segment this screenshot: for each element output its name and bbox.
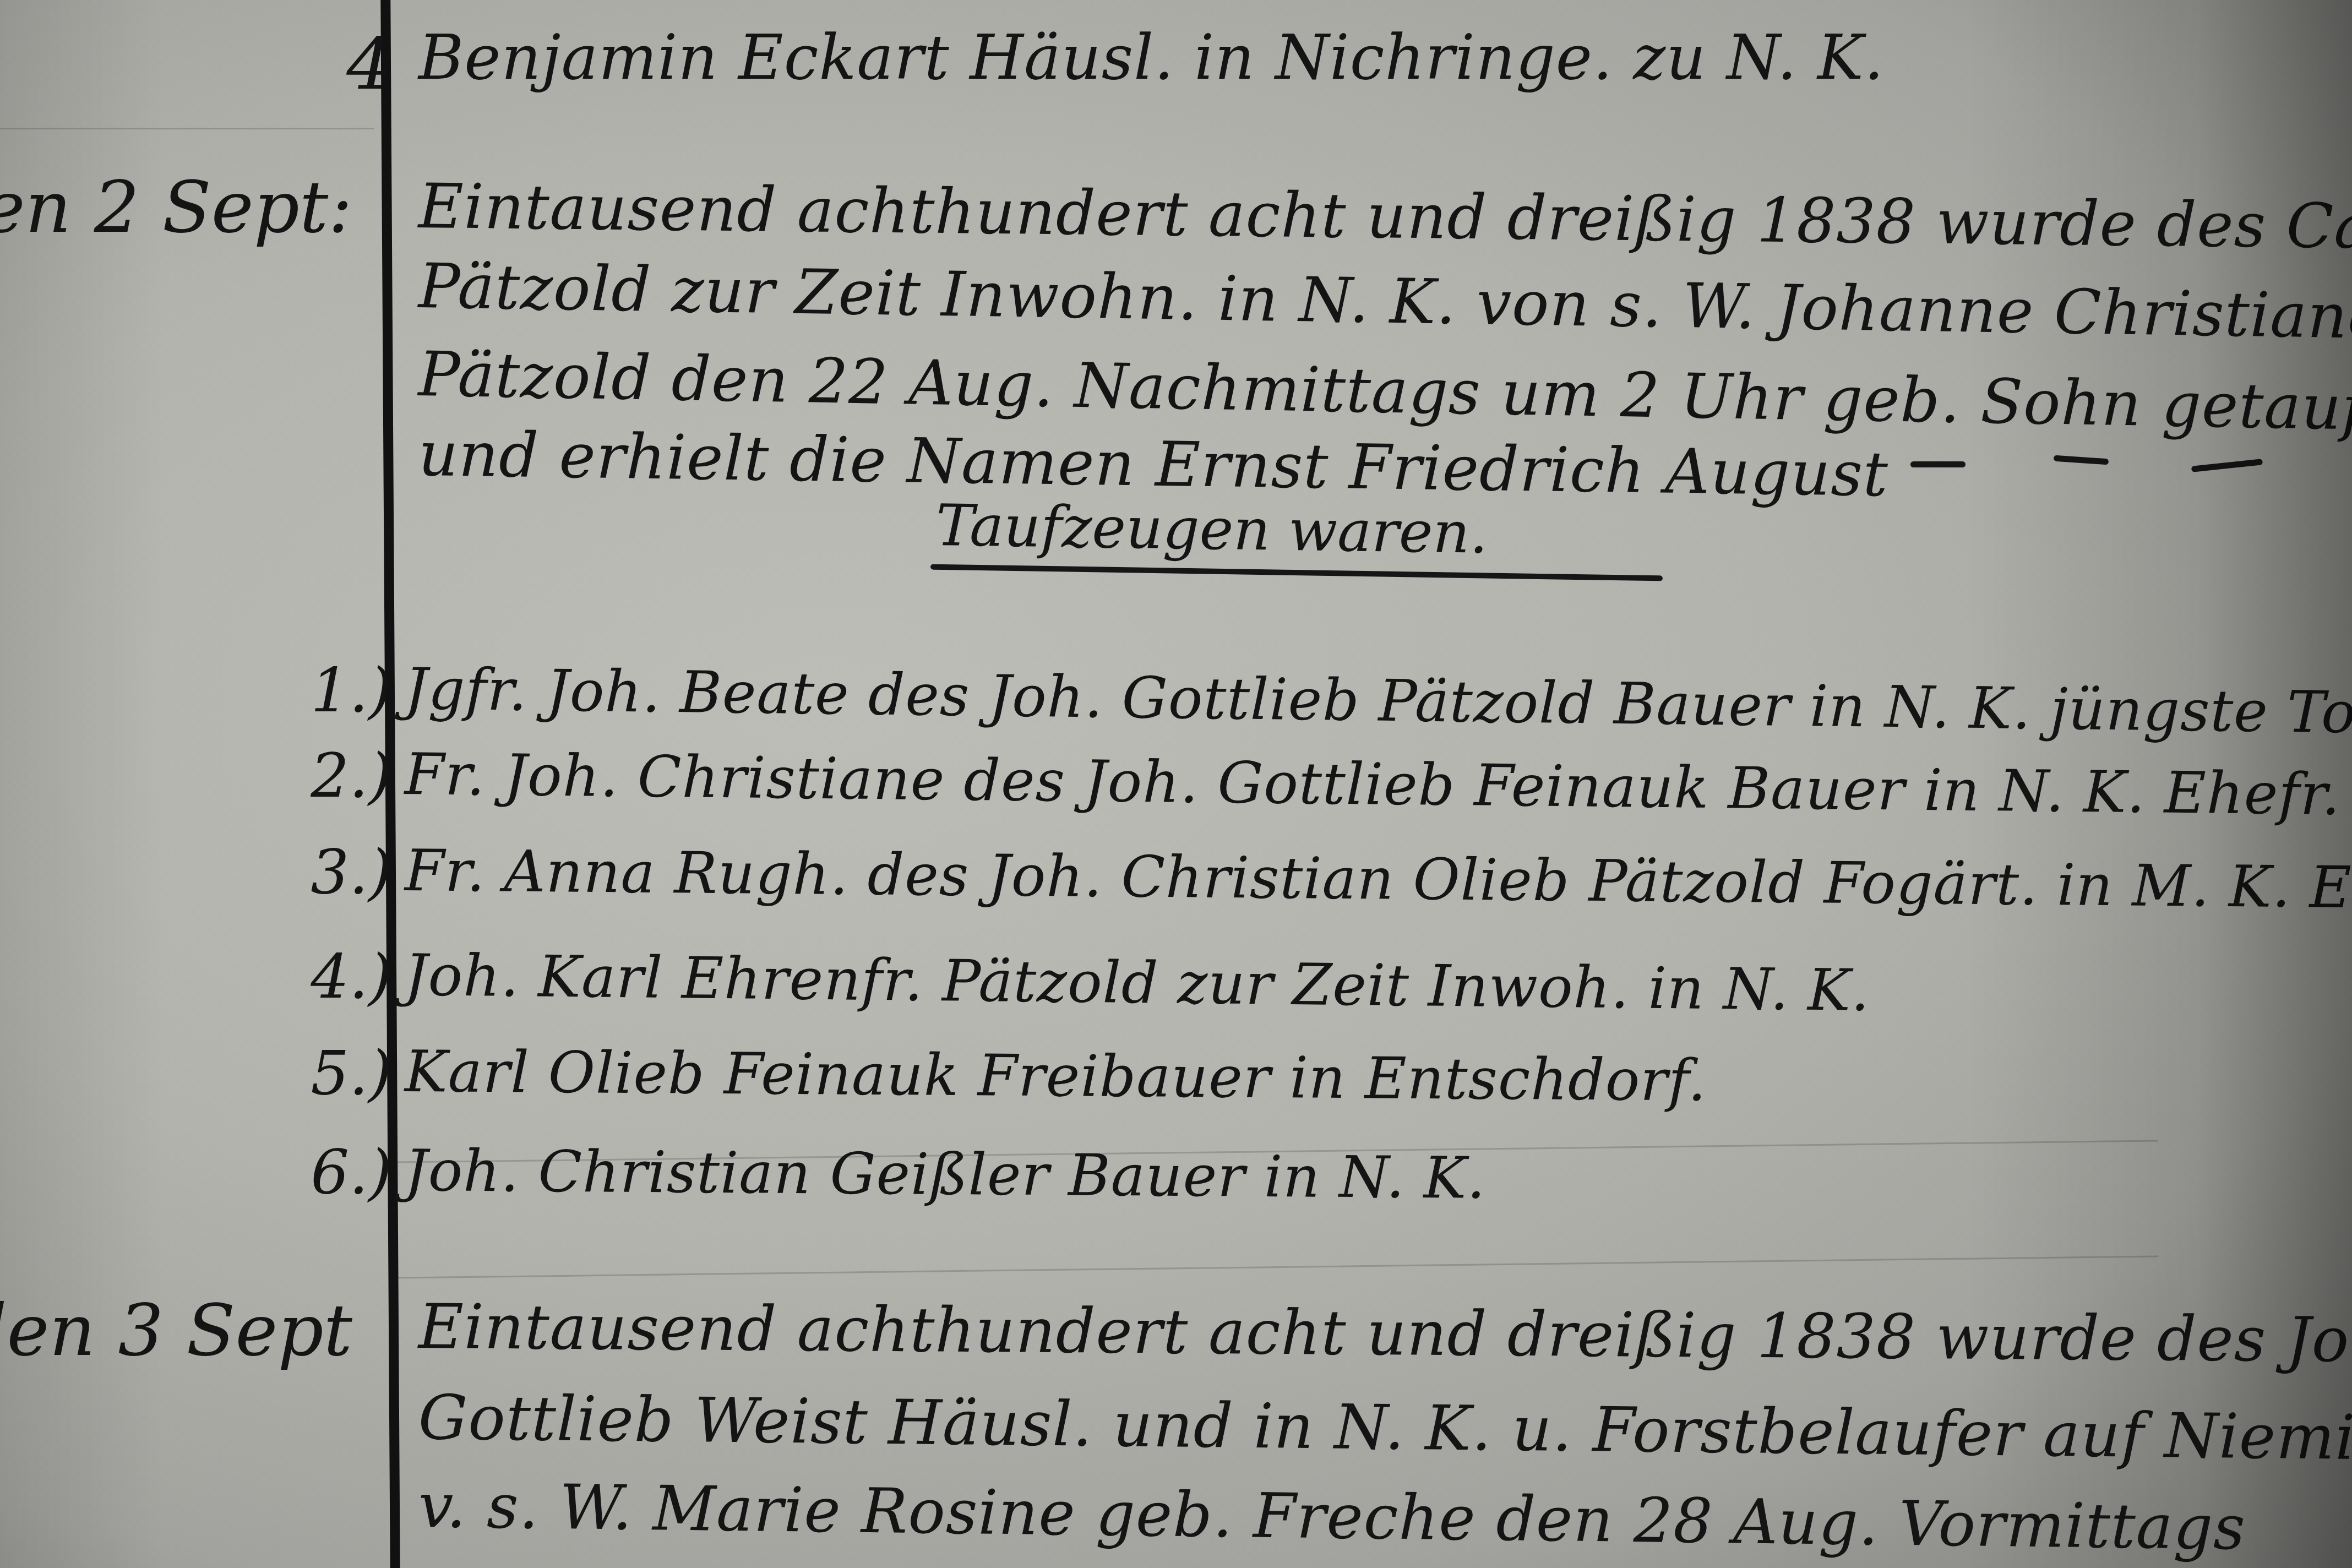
witness-text: Fr. Anna Rugh. des Joh. Christian Olieb … — [404, 837, 2352, 922]
filler-dash — [2054, 455, 2109, 465]
witness-heading-underline — [930, 564, 1663, 581]
filler-dash — [1910, 461, 1966, 467]
entry-1-line-2: Pätzold zur Zeit Inwohn. in N. K. von s.… — [418, 251, 2352, 356]
witness-number: 5.) — [311, 1038, 392, 1108]
witness-text: Jgfr. Joh. Beate des Joh. Gottlieb Pätzo… — [404, 655, 2352, 748]
witness-text: Fr. Joh. Christiane des Joh. Gottlieb Fe… — [404, 741, 2340, 828]
faint-ruling — [396, 1255, 2158, 1278]
filler-dash — [2191, 459, 2263, 472]
witness-text: Karl Olieb Feinauk Freibauer in Entschdo… — [405, 1038, 1707, 1114]
witness-text: Joh. Christian Geißler Bauer in N. K. — [405, 1137, 1486, 1212]
witness-heading: Taufzeugen waren. — [935, 492, 1488, 567]
entry-date-2-sept: den 2 Sept: — [0, 165, 352, 249]
witness-number: 3.) — [311, 837, 392, 907]
entry-date-3-sept: den 3 Sept — [0, 1288, 352, 1372]
entry-1-line-1: Eintausend achthundert acht und dreißig … — [418, 171, 2352, 266]
faint-ruling — [0, 128, 374, 129]
previous-witness-text: Benjamin Eckart Häusl. in Nichringe. zu … — [418, 22, 1884, 94]
entry-2-line-1: Eintausend achthundert acht und dreißig … — [418, 1291, 2352, 1377]
previous-witness-number: 4 — [346, 22, 392, 106]
entry-2-line-3: v. s. W. Marie Rosine geb. Freche den 28… — [418, 1470, 2246, 1564]
witness-number: 4.) — [311, 941, 392, 1012]
entry-2-line-2: Gottlieb Weist Häusl. und in N. K. u. Fo… — [418, 1382, 2352, 1474]
witness-number: 2.) — [311, 741, 392, 811]
witness-number: 6.) — [311, 1137, 392, 1207]
witness-text: Joh. Karl Ehrenfr. Pätzold zur Zeit Inwo… — [404, 941, 1870, 1024]
witness-number: 1.) — [311, 655, 392, 726]
